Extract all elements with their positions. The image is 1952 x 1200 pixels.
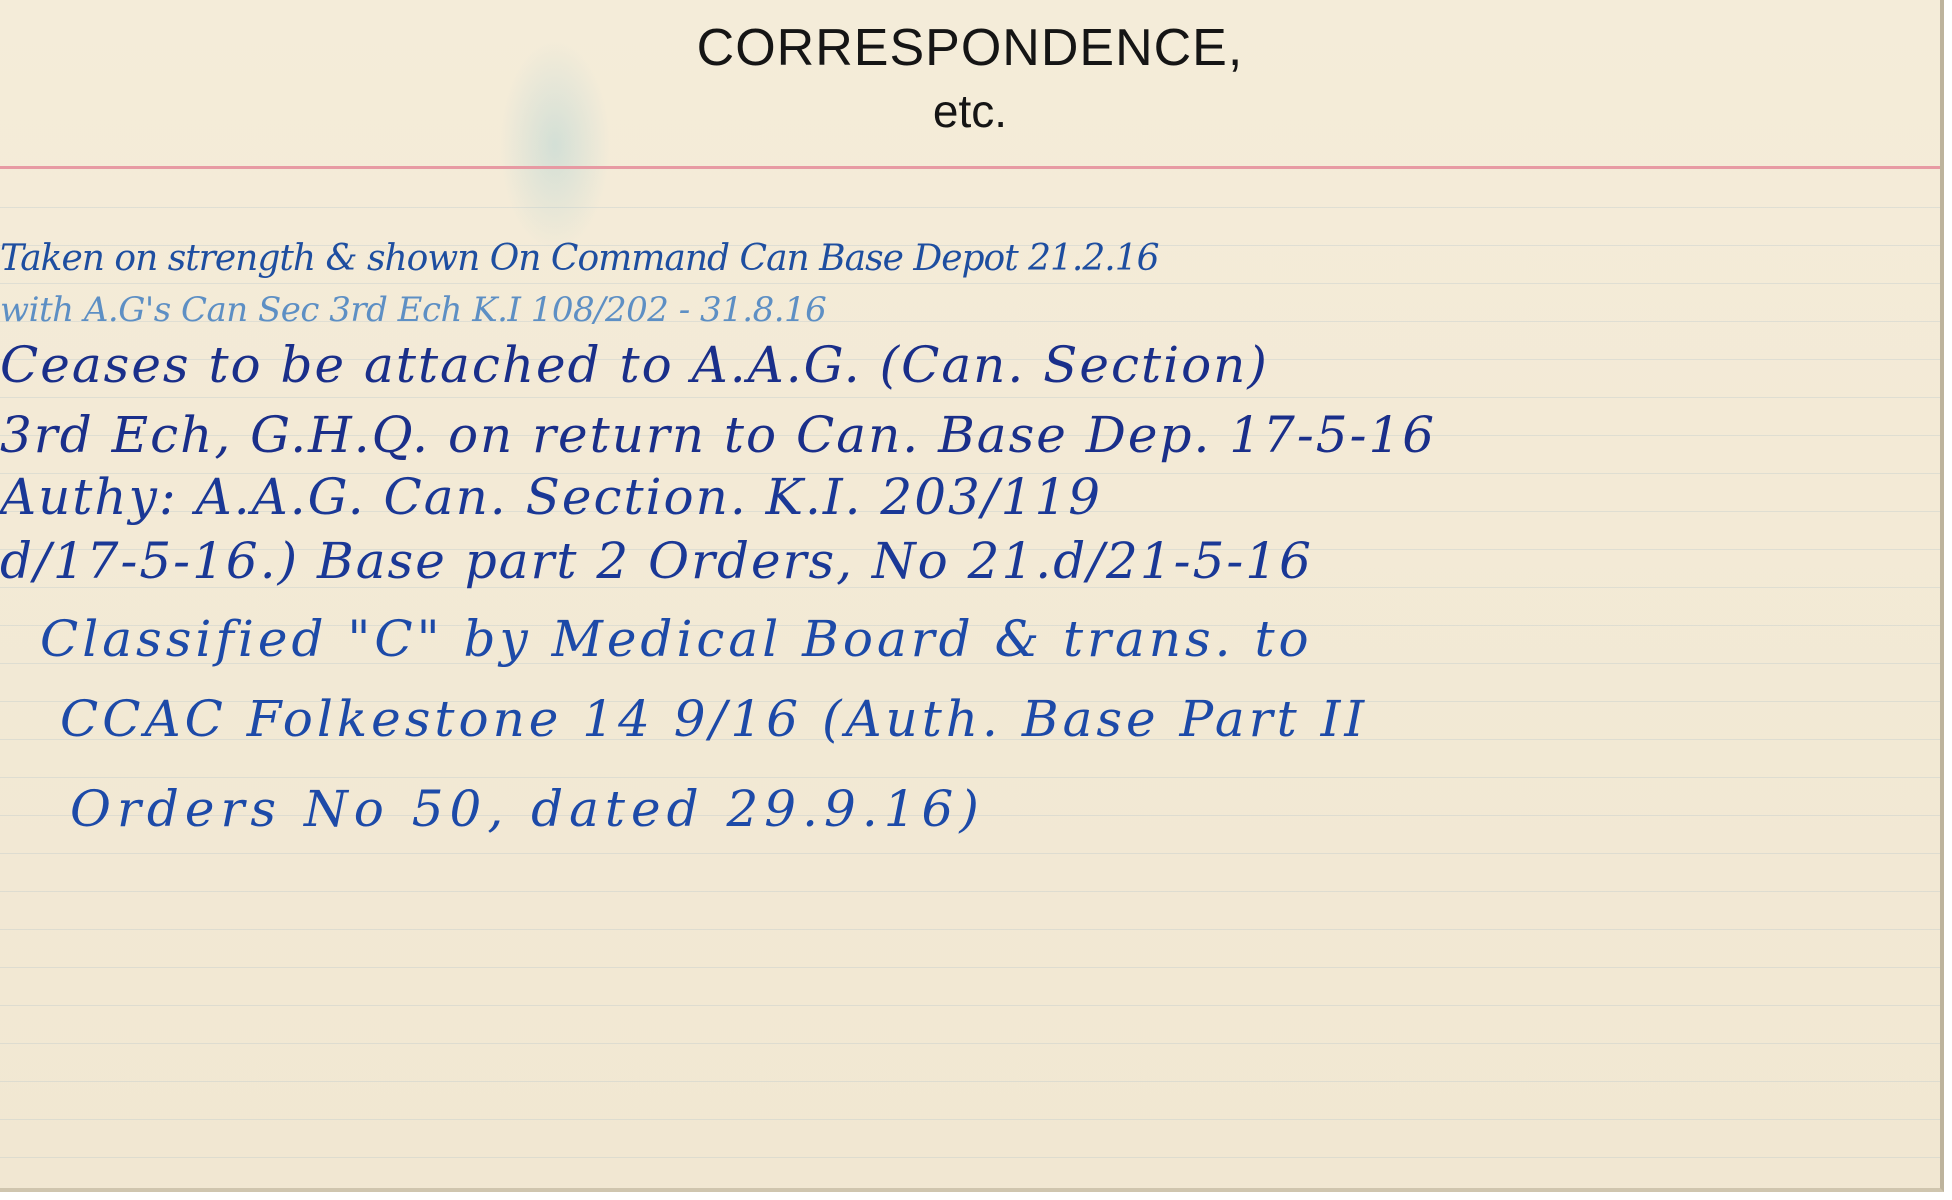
entry-line-8: CCAC Folkestone 14 9/16 (Auth. Base Part…: [60, 690, 1368, 748]
entry-line-5: Authy: A.A.G. Can. Section. K.I. 203/119: [0, 468, 1102, 526]
entry-line-1: Taken on strength & shown On Command Can…: [0, 238, 1159, 279]
entry-line-3: Ceases to be attached to A.A.G. (Can. Se…: [0, 336, 1269, 394]
card-subtitle: etc.: [0, 84, 1940, 138]
entry-line-9: Orders No 50, dated 29.9.16): [70, 780, 985, 838]
entry-line-6: d/17-5-16.) Base part 2 Orders, No 21.d/…: [0, 532, 1313, 590]
entry-line-2: with A.G's Can Sec 3rd Ech K.I 108/202 -…: [0, 290, 826, 330]
entry-line-4: 3rd Ech, G.H.Q. on return to Can. Base D…: [0, 406, 1436, 464]
header-rule: [0, 166, 1940, 169]
correspondence-card: CORRESPONDENCE, etc. Taken on strength &…: [0, 0, 1944, 1192]
card-title: CORRESPONDENCE,: [0, 18, 1940, 78]
entry-line-7: Classified "C" by Medical Board & trans.…: [40, 610, 1313, 668]
